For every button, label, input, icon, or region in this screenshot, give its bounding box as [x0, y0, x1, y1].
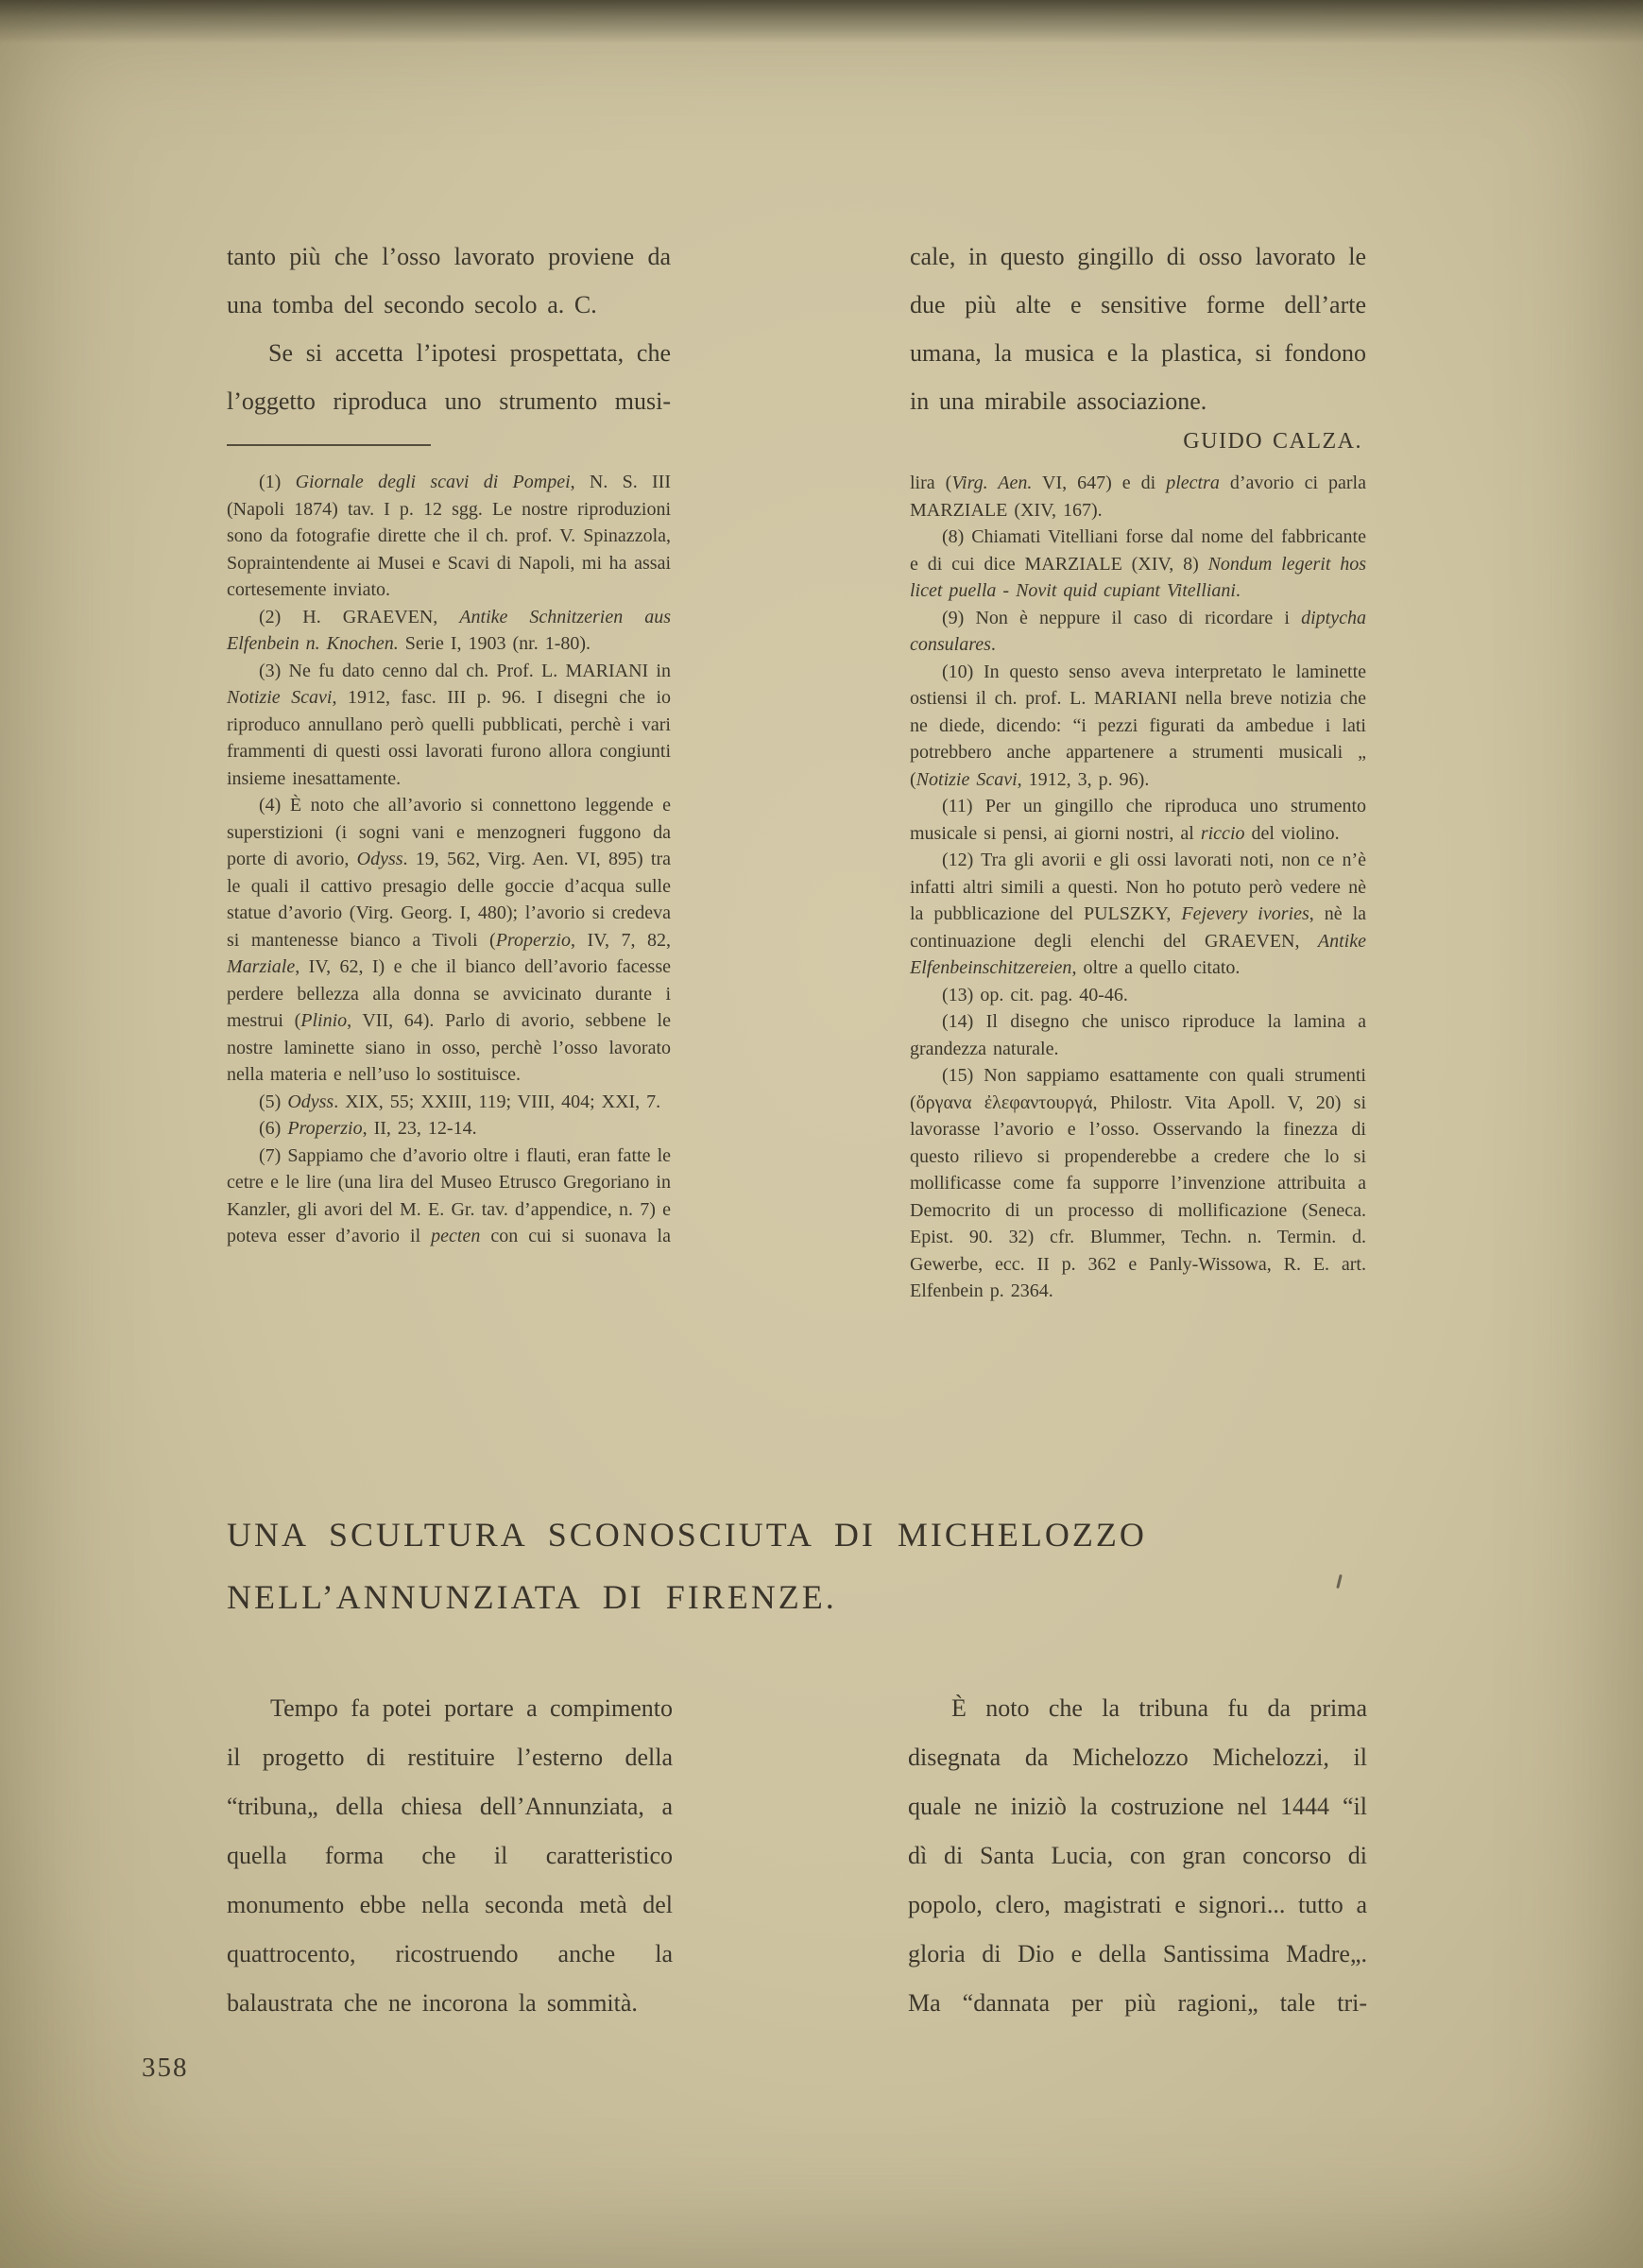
- body-paragraph: È noto che la tribuna fu da prima disegn…: [908, 1684, 1367, 2028]
- footnote-separator-rule: [227, 444, 431, 446]
- scan-top-edge: [0, 0, 1643, 43]
- footnote: (5) Odyss. XIX, 55; XXIII, 119; VIII, 40…: [227, 1089, 671, 1116]
- body-paragraph: Se si accetta l’ipotesi prospettata, che…: [227, 329, 671, 425]
- body-paragraph: cale, in questo gingillo di osso lavorat…: [910, 232, 1366, 425]
- next-article-right-column: È noto che la tribuna fu da prima disegn…: [908, 1684, 1367, 2028]
- footnote: (7) Sappiamo che d’avorio oltre i flauti…: [227, 1143, 671, 1250]
- footnote: (9) Non è neppure il caso di ricordare i…: [910, 605, 1366, 659]
- footnote: (15) Non sappiamo esattamente con quali …: [910, 1062, 1366, 1305]
- footnote: (11) Per un gingillo che riproduca uno s…: [910, 793, 1366, 847]
- body-paragraph: Tempo fa potei portare a compimento il p…: [227, 1684, 673, 2028]
- page-number: 358: [142, 2053, 189, 2084]
- author-signature: GUIDO CALZA.: [910, 429, 1362, 455]
- footnote: (10) In questo senso aveva interpretato …: [910, 659, 1366, 794]
- body-paragraph: tanto più che l’osso lavorato proviene d…: [227, 232, 671, 329]
- footnote: (4) È noto che all’avorio si connettono …: [227, 792, 671, 1089]
- scanned-journal-page: tanto più che l’osso lavorato proviene d…: [0, 0, 1643, 2268]
- left-column: tanto più che l’osso lavorato proviene d…: [227, 232, 671, 1250]
- section-heading: UNA SCULTURA SCONOSCIUTA DI MICHELOZZO N…: [227, 1503, 1370, 1628]
- footnote: (13) op. cit. pag. 40-46.: [910, 982, 1366, 1009]
- section-heading-line-1: UNA SCULTURA SCONOSCIUTA DI MICHELOZZO: [227, 1503, 1370, 1566]
- footnote: (3) Ne fu dato cenno dal ch. Prof. L. MA…: [227, 658, 671, 793]
- footnote: (6) Properzio, II, 23, 12-14.: [227, 1115, 671, 1143]
- article-end-right: cale, in questo gingillo di osso lavorat…: [910, 232, 1366, 425]
- footnote: (1) Giornale degli scavi di Pompei, N. S…: [227, 469, 671, 604]
- right-column: cale, in questo gingillo di osso lavorat…: [910, 232, 1366, 1305]
- next-article-left-column: Tempo fa potei portare a compimento il p…: [227, 1684, 673, 2028]
- footnote: (14) Il disegno che unisco riproduce la …: [910, 1008, 1366, 1062]
- footnotes-right-column: lira (Virg. Aen. VI, 647) e di plectra d…: [910, 470, 1366, 1305]
- section-heading-line-2: NELL’ANNUNZIATA DI FIRENZE.: [227, 1566, 1370, 1628]
- footnote: (2) H. GRAEVEN, Antike Schnitzerien aus …: [227, 604, 671, 658]
- footnote: lira (Virg. Aen. VI, 647) e di plectra d…: [910, 470, 1366, 524]
- article-end-left: tanto più che l’osso lavorato proviene d…: [227, 232, 671, 425]
- footnotes-left-column: (1) Giornale degli scavi di Pompei, N. S…: [227, 469, 671, 1250]
- footnote: (8) Chiamati Vitelliani forse dal nome d…: [910, 524, 1366, 605]
- footnote: (12) Tra gli avorii e gli ossi lavorati …: [910, 847, 1366, 982]
